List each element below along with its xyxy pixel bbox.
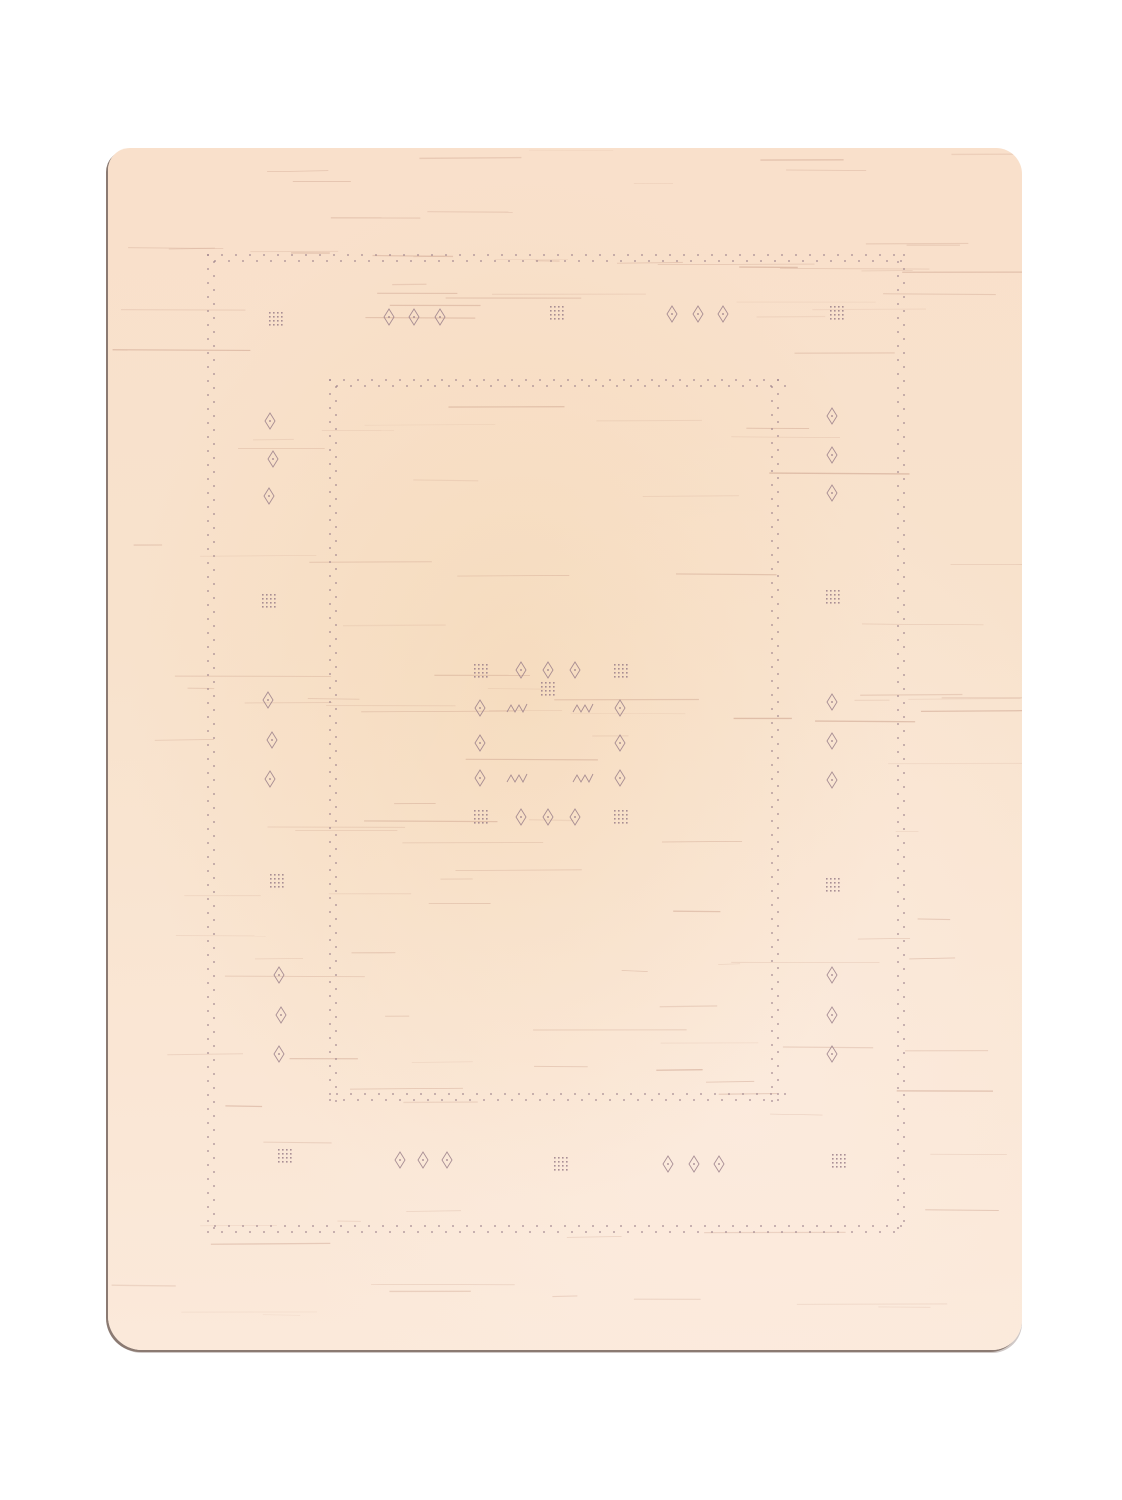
rug-pattern [108,148,1022,1350]
rug [108,148,1022,1350]
